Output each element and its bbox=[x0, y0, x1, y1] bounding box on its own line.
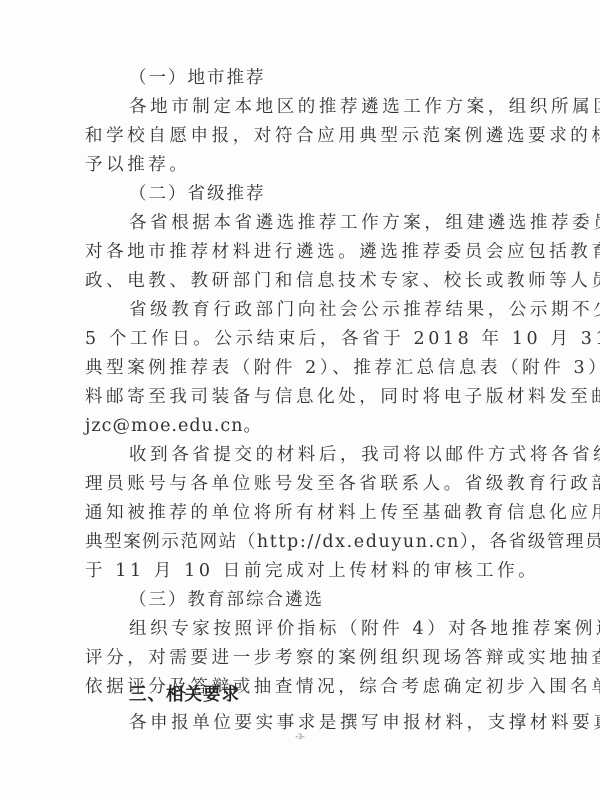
document-page: （一）地市推荐 各地市制定本地区的推荐遴选工作方案，组织所属区域 和学校自愿申报… bbox=[0, 0, 600, 800]
paragraph-line: 和学校自愿申报，对符合应用典型示范案例遴选要求的材料 bbox=[85, 122, 509, 151]
paragraph-line: 于 11 月 10 日前完成对上传材料的审核工作。 bbox=[85, 557, 539, 586]
paragraph-line: 对各地市推荐材料进行遴选。遴选推荐委员会应包括教育行 bbox=[85, 238, 509, 267]
subheading-provincial-recommendation: （二）省级推荐 bbox=[129, 180, 266, 209]
section-heading-requirements: 三、相关要求 bbox=[129, 681, 240, 710]
paragraph-line: 各申报单位要实事求是撰写申报材料，支撑材料要真实 bbox=[129, 709, 509, 738]
paragraph-line: 予以推荐。 bbox=[85, 151, 191, 180]
paragraph-line: 料邮寄至我司装备与信息化处，同时将电子版材料发至邮箱 bbox=[85, 383, 509, 412]
email-link[interactable]: jzc@moe.edu.cn。 bbox=[85, 412, 262, 441]
paragraph-line: 组织专家按照评价指标（附件 4）对各地推荐案例逐项 bbox=[129, 615, 509, 644]
paragraph-line: 政、电教、教研部门和信息技术专家、校长或教师等人员。 bbox=[85, 267, 509, 296]
paragraph-line: 典型案例推荐表（附件 2）、推荐汇总信息表（附件 3）等材 bbox=[85, 354, 509, 383]
paragraph-line: 收到各省提交的材料后，我司将以邮件方式将各省级管 bbox=[129, 441, 509, 470]
paragraph-line: 通知被推荐的单位将所有材料上传至基础教育信息化应用 bbox=[85, 499, 509, 528]
paragraph-line: 各地市制定本地区的推荐遴选工作方案，组织所属区域 bbox=[129, 93, 509, 122]
paragraph-line: 理员账号与各单位账号发至各省联系人。省级教育行政部门 bbox=[85, 470, 509, 499]
subheading-city-recommendation: （一）地市推荐 bbox=[129, 64, 266, 93]
subheading-ministry-selection: （三）教育部综合遴选 bbox=[129, 586, 324, 615]
paragraph-line: 5 个工作日。公示结束后，各省于 2018 年 10 月 31 日前将 bbox=[85, 325, 509, 354]
paragraph-line: 各省根据本省遴选推荐工作方案，组建遴选推荐委员会 bbox=[129, 209, 509, 238]
paragraph-line: 省级教育行政部门向社会公示推荐结果，公示期不少于 bbox=[129, 296, 509, 325]
page-number: -3- bbox=[288, 732, 312, 741]
paragraph-line: 评分，对需要进一步考察的案例组织现场答辩或实地抽查， bbox=[85, 644, 509, 673]
website-line[interactable]: 典型案例示范网站（http://dx.eduyun.cn），各省级管理员 bbox=[85, 528, 509, 557]
